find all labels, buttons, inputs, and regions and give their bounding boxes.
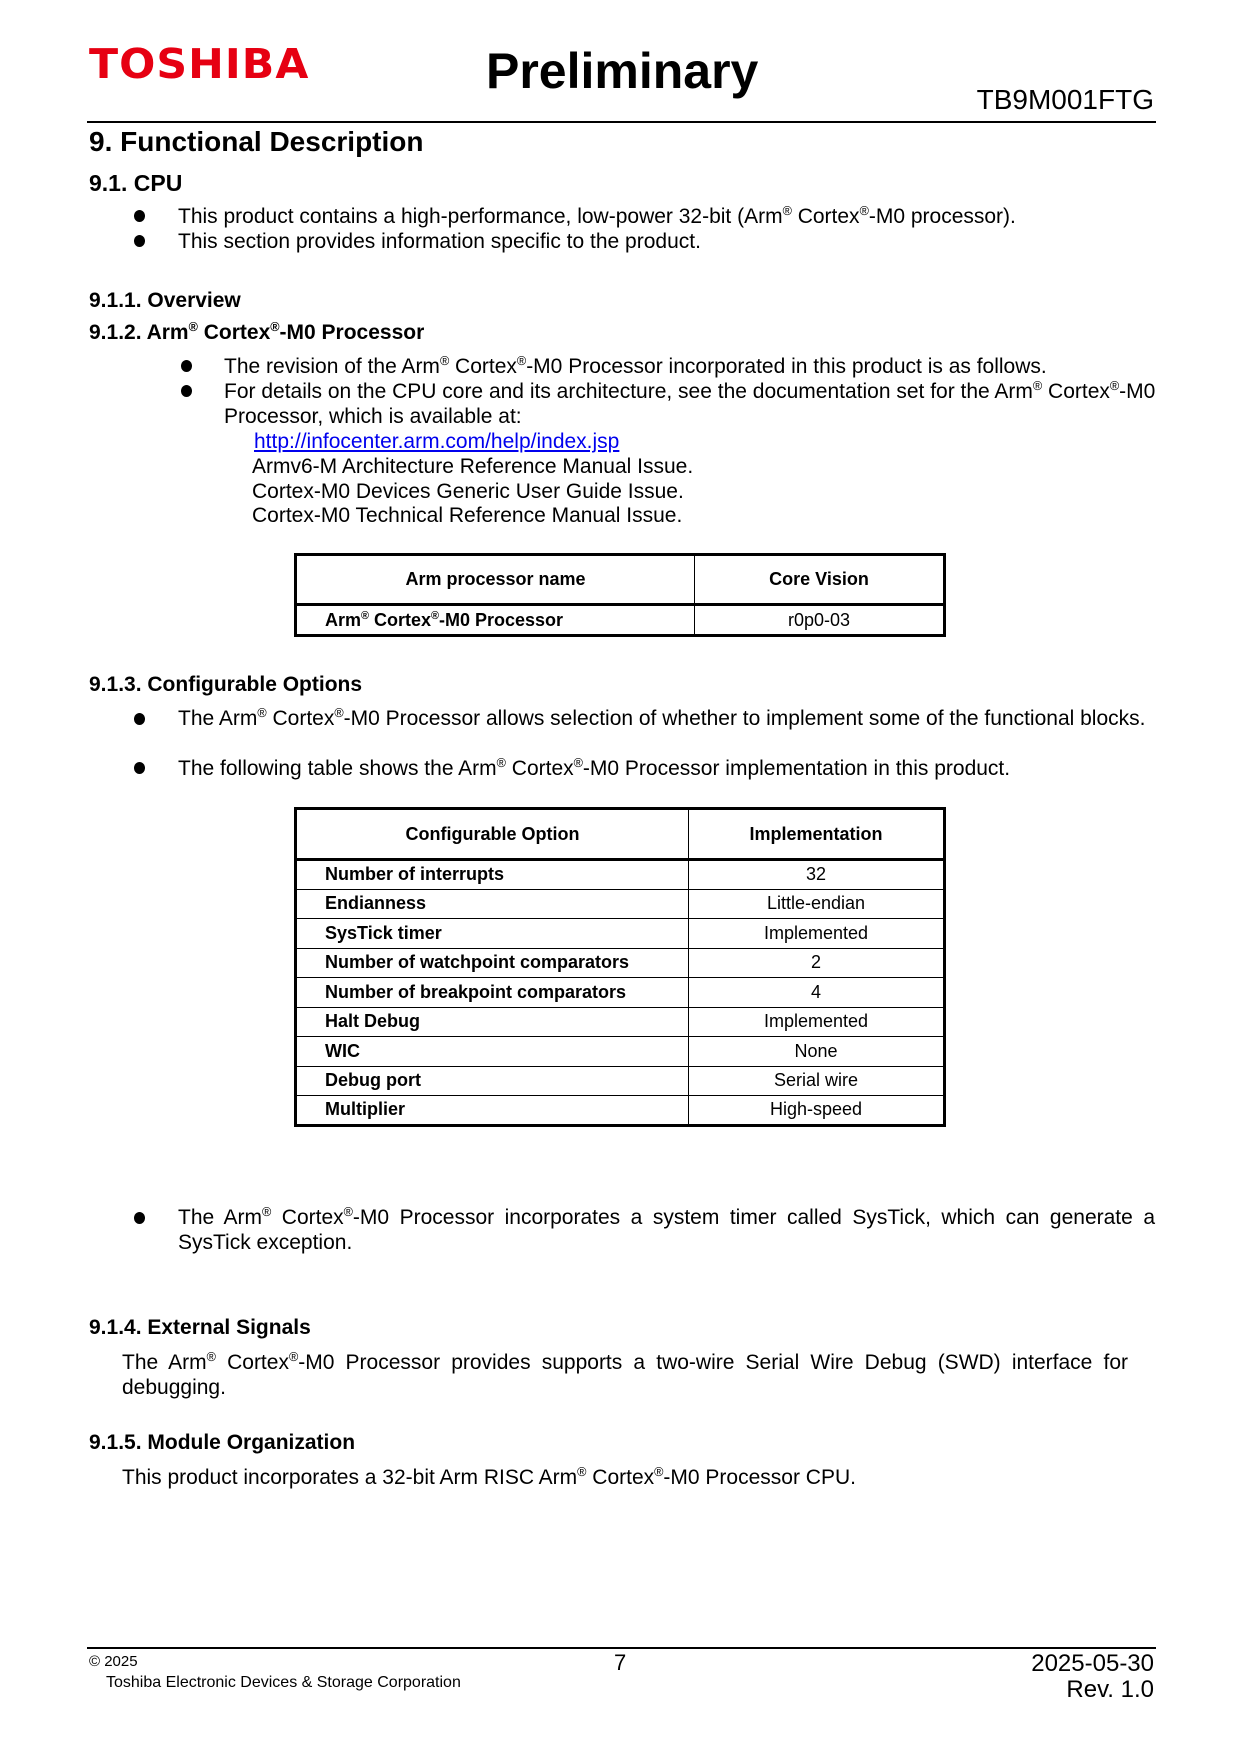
table-row: EndiannessLittle-endian — [296, 889, 945, 919]
doc-ref-2: Cortex-M0 Devices Generic User Guide Iss… — [252, 479, 684, 504]
cpu-heading: 9.1. CPU — [89, 170, 182, 198]
bullet-icon — [134, 1212, 145, 1224]
option-name: Multiplier — [296, 1096, 689, 1126]
company-name: Toshiba Electronic Devices & Storage Cor… — [106, 1674, 461, 1692]
part-number: TB9M001FTG — [977, 86, 1154, 114]
table-row: Number of breakpoint comparators4 — [296, 978, 945, 1008]
option-name: Number of watchpoint comparators — [296, 948, 689, 978]
option-value: Little-endian — [689, 889, 945, 919]
option-value: Implemented — [689, 919, 945, 949]
processor-heading: 9.1.2. Arm® Cortex®-M0 Processor — [89, 320, 424, 345]
header-divider — [87, 121, 1156, 123]
option-value: Implemented — [689, 1007, 945, 1037]
processor-bullet-1: The revision of the Arm® Cortex®-M0 Proc… — [224, 354, 1164, 379]
doc-ref-3: Cortex-M0 Technical Reference Manual Iss… — [252, 503, 682, 528]
table-row: Number of watchpoint comparators2 — [296, 948, 945, 978]
option-value: r0p0-03 — [695, 605, 945, 636]
option-name: Endianness — [296, 889, 689, 919]
option-name: SysTick timer — [296, 919, 689, 949]
option-name: Debug port — [296, 1066, 689, 1096]
toshiba-logo: TOSHIBA — [89, 44, 309, 85]
arm-infocenter-link[interactable]: http://infocenter.arm.com/help/index.jsp — [254, 429, 619, 454]
external-signals-text: The Arm® Cortex®-M0 Processor provides s… — [122, 1350, 1128, 1400]
option-value: None — [689, 1037, 945, 1067]
document-status: Preliminary — [486, 46, 758, 96]
cpu-bullet-2: This section provides information specif… — [178, 229, 1158, 254]
table-row: Debug portSerial wire — [296, 1066, 945, 1096]
cpu-bullet-1: This product contains a high-performance… — [178, 204, 1158, 229]
module-organization-heading: 9.1.5. Module Organization — [89, 1430, 355, 1455]
option-value: 2 — [689, 948, 945, 978]
options-bullet-2: The following table shows the Arm® Corte… — [178, 756, 1155, 781]
options-heading: 9.1.3. Configurable Options — [89, 672, 362, 697]
table-row: Arm® Cortex®-M0 Processorr0p0-03 — [296, 605, 945, 636]
document-date: 2025-05-30 — [1031, 1650, 1154, 1678]
option-name: WIC — [296, 1037, 689, 1067]
bullet-icon — [181, 360, 192, 372]
bullet-icon — [134, 762, 145, 774]
table-row: MultiplierHigh-speed — [296, 1096, 945, 1126]
systick-bullet: The Arm® Cortex®-M0 Processor incorporat… — [178, 1205, 1155, 1255]
option-value: 4 — [689, 978, 945, 1008]
option-name: Arm® Cortex®-M0 Processor — [296, 605, 695, 636]
overview-heading: 9.1.1. Overview — [89, 288, 241, 313]
option-name: Number of breakpoint comparators — [296, 978, 689, 1008]
option-value: 32 — [689, 860, 945, 890]
option-value: Serial wire — [689, 1066, 945, 1096]
column-header: Core Vision — [695, 555, 945, 605]
option-value: High-speed — [689, 1096, 945, 1126]
footer-divider — [87, 1647, 1156, 1649]
column-header: Arm processor name — [296, 555, 695, 605]
column-header: Configurable Option — [296, 809, 689, 860]
module-organization-text: This product incorporates a 32-bit Arm R… — [122, 1465, 1128, 1490]
bullet-icon — [181, 385, 192, 397]
core-revision-table: Arm processor name Core Vision Arm® Cort… — [294, 553, 946, 637]
document-revision: Rev. 1.0 — [1066, 1676, 1154, 1704]
section-title: 9. Functional Description — [89, 125, 423, 159]
option-name: Number of interrupts — [296, 860, 689, 890]
processor-bullet-2: For details on the CPU core and its arch… — [224, 379, 1158, 429]
external-signals-heading: 9.1.4. External Signals — [89, 1315, 311, 1340]
table-row: Halt DebugImplemented — [296, 1007, 945, 1037]
page-number: 7 — [614, 1650, 626, 1676]
copyright: © 2025 — [89, 1653, 138, 1670]
configurable-options-table: Configurable Option Implementation Numbe… — [294, 807, 946, 1127]
table-row: SysTick timerImplemented — [296, 919, 945, 949]
bullet-icon — [134, 713, 145, 725]
table-row: WICNone — [296, 1037, 945, 1067]
column-header: Implementation — [689, 809, 945, 860]
options-bullet-1: The Arm® Cortex®-M0 Processor allows sel… — [178, 706, 1155, 731]
doc-ref-1: Armv6-M Architecture Reference Manual Is… — [252, 454, 693, 479]
table-row: Number of interrupts32 — [296, 860, 945, 890]
bullet-icon — [134, 235, 145, 247]
option-name: Halt Debug — [296, 1007, 689, 1037]
bullet-icon — [134, 210, 145, 222]
